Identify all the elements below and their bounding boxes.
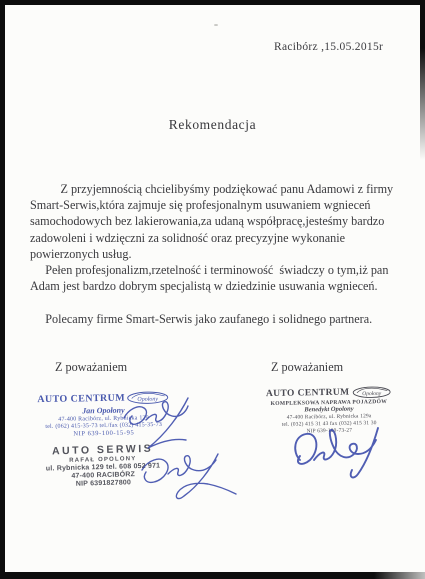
- stamp-company-name: AUTO CENTRUM: [37, 393, 125, 406]
- closing-left: Z poważaniem: [55, 360, 127, 375]
- body-line: powierzonych usług.: [30, 246, 410, 262]
- body-line: zadowoleni i wdzięczni za solidność oraz…: [30, 230, 410, 246]
- page-title: Rekomendacja: [0, 117, 425, 133]
- scan-edge-top: [0, 0, 425, 5]
- scan-speck: [214, 24, 218, 26]
- scanned-letter-page: Racibórz ,15.05.2015r Rekomendacja Z prz…: [0, 0, 425, 579]
- scan-edge-left: [0, 0, 5, 579]
- body-line: Pełen profesjonalizm,rzetelność i termin…: [30, 262, 410, 278]
- letter-body: Z przyjemnością chcielibyśmy podziękować…: [30, 181, 410, 327]
- opolony-car-logo-icon: Opołony: [351, 386, 391, 399]
- body-line: samochodowych bez lakierowania,za udaną …: [30, 213, 410, 229]
- body-line: Z przyjemnością chcielibyśmy podziękować…: [30, 181, 410, 197]
- svg-text:Opołony: Opołony: [362, 391, 382, 397]
- closing-right: Z poważaniem: [271, 360, 343, 375]
- body-line: Smart-Serwis,która zajmuje się profesjon…: [30, 197, 410, 213]
- body-line: Polecamy firme Smart-Serwis jako zaufane…: [30, 311, 410, 327]
- scan-edge-right: [420, 0, 425, 160]
- signature-handwritten-left-bottom: [134, 446, 246, 504]
- stamp-company-name: AUTO CENTRUM: [266, 388, 350, 399]
- scan-edge-bottom: [0, 572, 425, 579]
- body-line: [30, 294, 410, 310]
- date-line: Racibórz ,15.05.2015r: [274, 41, 383, 53]
- body-line: Adam jest bardzo dobrym specjalistą w dz…: [30, 278, 410, 294]
- signature-handwritten-right: [282, 418, 404, 484]
